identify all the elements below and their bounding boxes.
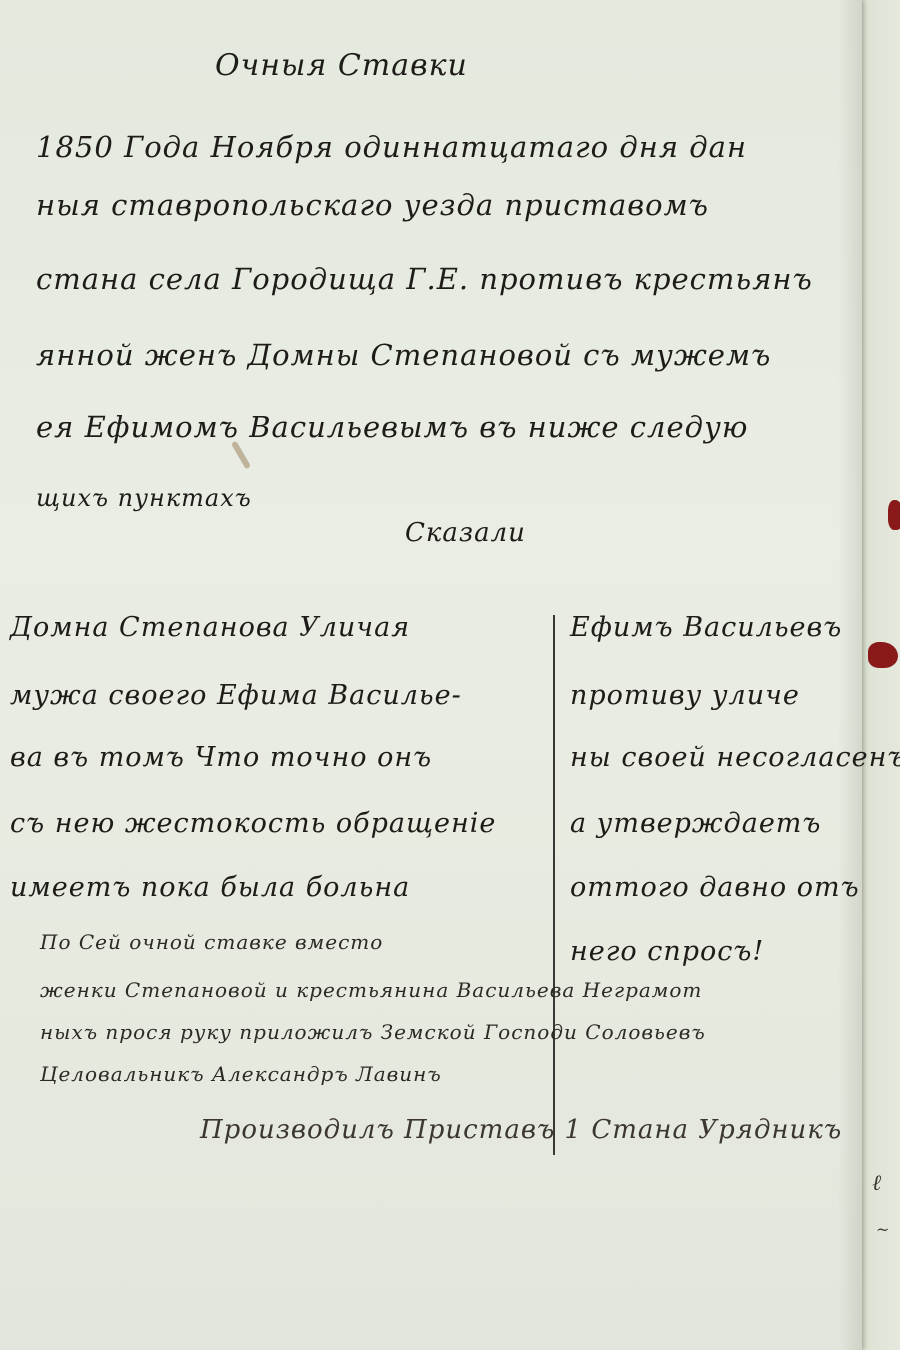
attestation-line: Целовальникъ Александръ Лавинъ: [40, 1062, 442, 1086]
wax-seal-fragment: [868, 642, 898, 668]
attestation-line: женки Степановой и крестьянина Васильева…: [40, 978, 702, 1002]
official-signature: Производилъ Приставъ 1 Стана Урядникъ: [200, 1115, 842, 1145]
intro-line: щихъ пунктахъ: [36, 484, 252, 512]
intro-line: ныя ставропольскаго уезда приставомъ: [36, 188, 709, 222]
right-column-line: ны своей несогласенъ: [570, 742, 900, 773]
page-fold-shadow: [838, 0, 862, 1350]
intro-line: стана села Городища Г.Е. противъ крестья…: [36, 262, 813, 296]
left-column-line: ва въ томъ Что точно онъ: [10, 742, 432, 773]
attestation-line: По Сей очной ставке вместо: [40, 930, 383, 954]
right-column-line: него спросъ!: [570, 936, 764, 967]
left-column-line: съ нею жестокость обращенiе: [10, 808, 496, 839]
left-column-line: имеетъ пока была больна: [10, 872, 410, 903]
column-divider: [553, 615, 555, 1155]
intro-line: 1850 Года Ноября одиннатцатаго дня дан: [36, 130, 747, 164]
underlying-page-writing: ℓ: [872, 1170, 881, 1196]
right-column-line: оттого давно отъ: [570, 872, 860, 903]
attestation-line: ныхъ прося руку приложилъ Земской Господ…: [40, 1020, 706, 1044]
left-column-line: мужа своего Ефима Василье-: [10, 680, 462, 711]
right-column-line: а утверждаетъ: [570, 808, 821, 839]
right-column-line: противу уличе: [570, 680, 800, 711]
underlying-page-writing: ~: [876, 1220, 889, 1239]
right-column-line: Ефимъ Васильевъ: [570, 612, 842, 643]
ink-stain: [231, 441, 251, 470]
wax-seal-fragment: [888, 500, 900, 530]
manuscript-page: Очныя Ставки 1850 Года Ноября одиннатцат…: [0, 0, 862, 1350]
intro-line: ея Ефимомъ Васильевымъ въ ниже следую: [36, 410, 748, 444]
left-column-line: Домна Степанова Уличая: [10, 612, 410, 643]
intro-line: янной женъ Домны Степановой съ мужемъ: [36, 338, 771, 372]
document-title: Очныя Ставки: [215, 48, 468, 83]
section-heading: Сказали: [405, 518, 526, 548]
